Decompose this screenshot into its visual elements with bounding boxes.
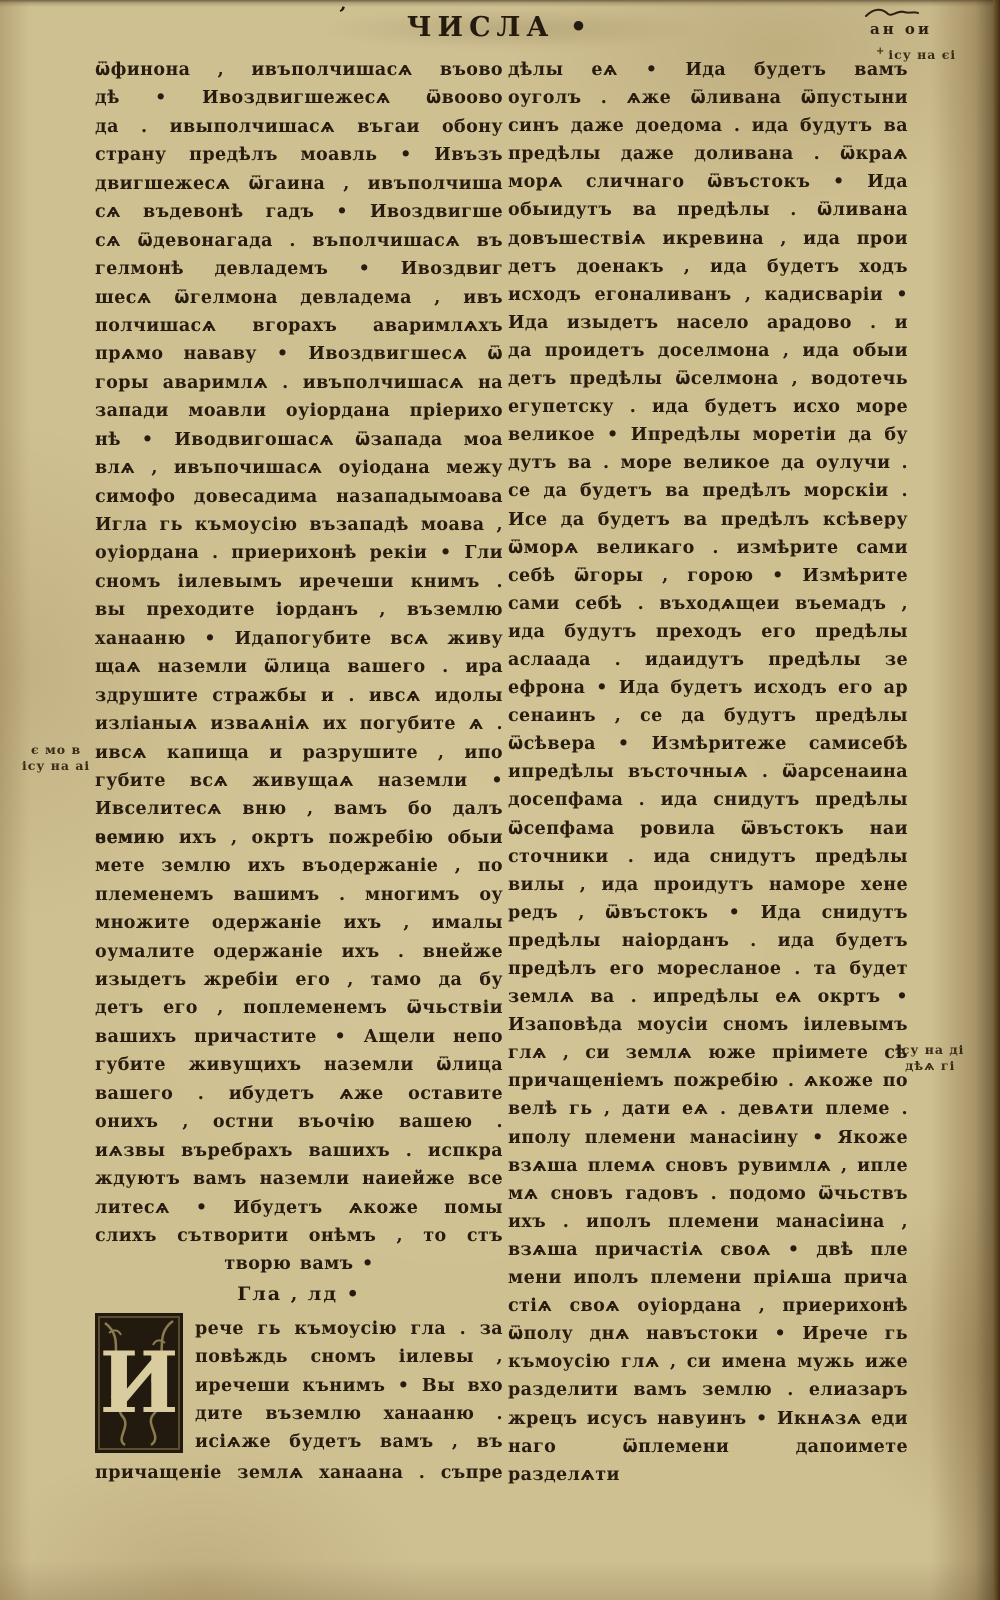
text-line: ипредѣлы въсточныѧ . ѿарсенаина — [508, 758, 908, 786]
text-line: нѣ • Иводвигошасѧ ѿзапада моа — [95, 426, 503, 454]
text-line: здрушите стражбы и . ивсѧ идолы — [95, 682, 503, 710]
left-column-body: ѿфинона , ивъполчишасѧ въоводѣ • Ивоздви… — [95, 56, 503, 1250]
text-line: дѣ • Ивоздвигшежесѧ ѿвоово — [95, 84, 503, 112]
text-line: обыидутъ ва предѣлы . ѿливана — [508, 196, 908, 224]
text-line: ивсѧ капища и разрушите , ипо — [95, 739, 503, 767]
text-line: ида будутъ преходъ его предѣлы — [508, 618, 908, 646]
text-line: влѧ , ивъпочишасѧ оуіодана межу — [95, 454, 503, 482]
text-line: вилы , ида проидутъ наморе хене — [508, 871, 908, 899]
text-line: великое • Ипредѣлы моретіи да бу — [508, 421, 908, 449]
text-line: детъ его , поплеменемъ ѿчьствіи — [95, 994, 503, 1022]
text-line: сѧ ѿдевонагада . въполчишасѧ въ — [95, 227, 503, 255]
text-line: ждуютъ вамъ наземли наиейже все — [95, 1165, 503, 1193]
manuscript-page: ’ ЧИСЛА • ан ои +ісу на єі є мо в ісу на… — [0, 0, 1000, 1600]
quire-mark-text: ан ои — [870, 20, 932, 38]
chapter-opening: И рече гь къмоусію гла . заповѣждь сномъ… — [95, 1313, 503, 1457]
text-line: ѿполу днѧ навъстоки • Ирече гь — [508, 1320, 908, 1348]
text-line: горы аваримлѧ . ивъполчишасѧ на — [95, 369, 503, 397]
text-line: велѣ гь , дати еѧ . девѧти племе . — [508, 1095, 908, 1123]
left-column: ѿфинона , ивъполчишасѧ въоводѣ • Ивоздви… — [95, 56, 503, 1487]
text-line: причащеніе землѧ ханаана . съпре — [95, 1459, 503, 1487]
text-line: ѿсепфама ровила ѿвъстокъ наи — [508, 815, 908, 843]
text-line: дите въземлю ханааню . — [195, 1400, 503, 1428]
text-line: да проидетъ доселмона , ида обыи — [508, 337, 908, 365]
text-line: вашего . ибудетъ ѧже оставите — [95, 1080, 503, 1108]
text-line: двигшежесѧ ѿгаина , ивъполчиша — [95, 170, 503, 198]
text-line: рече гь къмоусію гла . за — [195, 1315, 503, 1343]
text-line: иѧзвы въребрахъ вашихъ . испкра — [95, 1137, 503, 1165]
text-line: синъ даже доедома . ида будутъ ва — [508, 112, 908, 140]
text-line: Изаповѣда моусіи сномъ іилевымъ — [508, 1011, 908, 1039]
text-line: къмоусію глѧ , си имена мужь иже — [508, 1348, 908, 1376]
text-line: разделити вамъ землю . елиазаръ — [508, 1376, 908, 1404]
text-line: запади моавли оуіордана пріерихо — [95, 397, 503, 425]
drop-cap-initial: И — [99, 1341, 178, 1425]
text-line: Исе да будетъ ва предѣлъ ксѣверу — [508, 506, 908, 534]
text-line: страну предѣлъ моавль • Ивъзъ — [95, 141, 503, 169]
text-line: землю ихъ , окртъ пожребію обыи — [95, 824, 503, 852]
text-line: сами себѣ . въходѧщеи въемадъ , — [508, 590, 908, 618]
text-line: ѿсѣвера • Измѣритеже самисебѣ — [508, 730, 908, 758]
text-line: морѧ сличнаго ѿвъстокъ • Ида — [508, 168, 908, 196]
text-line: сенаинъ , се да будутъ предѣлы — [508, 702, 908, 730]
text-line: наго ѿплемени дапоимете разделѧти — [508, 1433, 908, 1461]
text-line: Игла гь къмоусію възападѣ моава , — [95, 511, 503, 539]
text-line: причащеніемъ пожребію . ѧкоже по — [508, 1067, 908, 1095]
chapter-heading: Гла , лд • — [95, 1279, 503, 1309]
text-line: сѧ въдевонѣ гадъ • Ивоздвигше — [95, 198, 503, 226]
text-line: ханааню • Идапогубите всѧ живу — [95, 625, 503, 653]
initial-adjacent-text: рече гь къмоусію гла . заповѣждь сномъ і… — [195, 1313, 503, 1457]
text-line: себѣ ѿгоры , горою • Измѣрите — [508, 562, 908, 590]
text-line: детъ доенакъ , ида будетъ ходъ — [508, 253, 908, 281]
text-line: дѣлы еѧ • Ида будетъ вамъ — [508, 56, 908, 84]
text-line: стіѧ своѧ оуіордана , приерихонѣ — [508, 1292, 908, 1320]
text-line: вашихъ причастите • Ащели непо — [95, 1023, 503, 1051]
text-line: сномъ іилевымъ иречеши книмъ . — [95, 568, 503, 596]
text-line: иречеши кънимъ • Вы вхо — [195, 1372, 503, 1400]
text-line: редъ , ѿвъстокъ • Ида снидутъ — [508, 899, 908, 927]
text-line: предѣлы даже доливана . ѿкраѧ — [508, 140, 908, 168]
text-line: онихъ , остни въочію вашею . — [95, 1108, 503, 1136]
text-line: изыдетъ жребіи его , тамо да бу — [95, 966, 503, 994]
text-line: ѿфинона , ивъполчишасѧ въово — [95, 56, 503, 84]
text-line: мете землю ихъ въодержаніе , по — [95, 852, 503, 880]
text-line: ефрона • Ида будетъ исходъ его ар — [508, 674, 908, 702]
text-line: симофо довесадима назападымоава — [95, 483, 503, 511]
text-line: множите одержаніе ихъ , ималы — [95, 909, 503, 937]
text-line: да . ивыполчишасѧ въгаи обону — [95, 113, 503, 141]
ornamental-initial-block: И — [95, 1313, 183, 1453]
margin-note-left: є мо в ісу на аі — [22, 742, 90, 774]
text-line: дутъ ва . море великое да оулучи . — [508, 449, 908, 477]
pen-flourish-icon — [864, 7, 920, 19]
text-line: оуголъ . ѧже ѿливана ѿпустыни — [508, 84, 908, 112]
text-line: предѣлы наіорданъ . ида будетъ — [508, 927, 908, 955]
text-line: полчишасѧ вгорахъ аваримлѧхъ — [95, 312, 503, 340]
text-line: губите всѧ живущаѧ наземли • — [95, 767, 503, 795]
text-line: детъ предѣлы ѿселмона , водотечь — [508, 365, 908, 393]
text-line: се да будетъ ва предѣлъ морскіи . — [508, 477, 908, 505]
text-line: вы преходите іорданъ , въземлю — [95, 596, 503, 624]
text-line: взѧша племѧ сновъ рувимлѧ , ипле — [508, 1152, 908, 1180]
quire-mark: ан ои — [846, 20, 956, 38]
text-line: егупетску . ида будетъ исхо море — [508, 393, 908, 421]
text-line: слихъ сътворити онѣмъ , то стъ — [95, 1222, 503, 1250]
text-line: глѧ , си землѧ юже пріимете сѣ — [508, 1039, 908, 1067]
text-line: иполу племени манасіину • Якоже — [508, 1124, 908, 1152]
text-line: исходъ егоналиванъ , кадисваріи • — [508, 281, 908, 309]
right-column: дѣлы еѧ • Ида будетъ вамъоуголъ . ѧже ѿл… — [508, 56, 908, 1461]
text-line: Ида изыдетъ насело арадово . и — [508, 309, 908, 337]
text-line: ѿморѧ великаго . измѣрите сами — [508, 534, 908, 562]
text-line: мени иполъ племени пріѧша прича — [508, 1264, 908, 1292]
text-line: оумалите одержаніе ихъ . внейже — [95, 938, 503, 966]
text-line: щаѧ наземли ѿлица вашего . ира — [95, 653, 503, 681]
text-line: литесѧ • Ибудетъ ѧкоже помы — [95, 1194, 503, 1222]
page-edge-shadow — [993, 0, 1000, 1600]
text-line: сточники . ида снидутъ предѣлы — [508, 843, 908, 871]
text-line: досепфама . ида снидутъ предѣлы — [508, 786, 908, 814]
text-line: творю вамъ • — [95, 1250, 503, 1278]
text-line: аслаада . идаидутъ предѣлы зе — [508, 646, 908, 674]
text-line: оуіордана . приерихонѣ рекіи • Гли — [95, 539, 503, 567]
text-line: племенемъ вашимъ . многимъ оу — [95, 881, 503, 909]
text-line: гелмонѣ девладемъ • Ивоздвиг — [95, 255, 503, 283]
text-line: шесѧ ѿгелмона девладема , ивъ — [95, 284, 503, 312]
text-line: ихъ . иполъ племени манасіина , — [508, 1208, 908, 1236]
text-line: жрецъ исусъ навуинъ • Икнѧзѧ еди — [508, 1405, 908, 1433]
text-line: губите живущихъ наземли ѿлица — [95, 1051, 503, 1079]
text-line: повѣждь сномъ іилевы , — [195, 1343, 503, 1371]
text-line: исіѧже будетъ вамъ , въ — [195, 1428, 503, 1456]
text-line: предѣлъ его моресланое . та будет — [508, 955, 908, 983]
text-line: довъшествіѧ икревина , ида прои — [508, 225, 908, 253]
margin-note-text: є мо в — [22, 742, 90, 758]
text-line: изліаныѧ изваѧніѧ их погубите ѧ . — [95, 710, 503, 738]
margin-note-text: ісу на аі — [22, 758, 90, 774]
text-line: мѧ сновъ гадовъ . подомо ѿчьствъ — [508, 1180, 908, 1208]
text-line: прѧмо нававу • Ивоздвигшесѧ ѿ — [95, 340, 503, 368]
text-line: Ивселитесѧ вню , вамъ бо далъ есми — [95, 795, 503, 823]
text-line: землѧ ва . ипредѣлы еѧ окртъ • — [508, 983, 908, 1011]
text-line: взѧша причастіѧ своѧ • двѣ пле — [508, 1236, 908, 1264]
